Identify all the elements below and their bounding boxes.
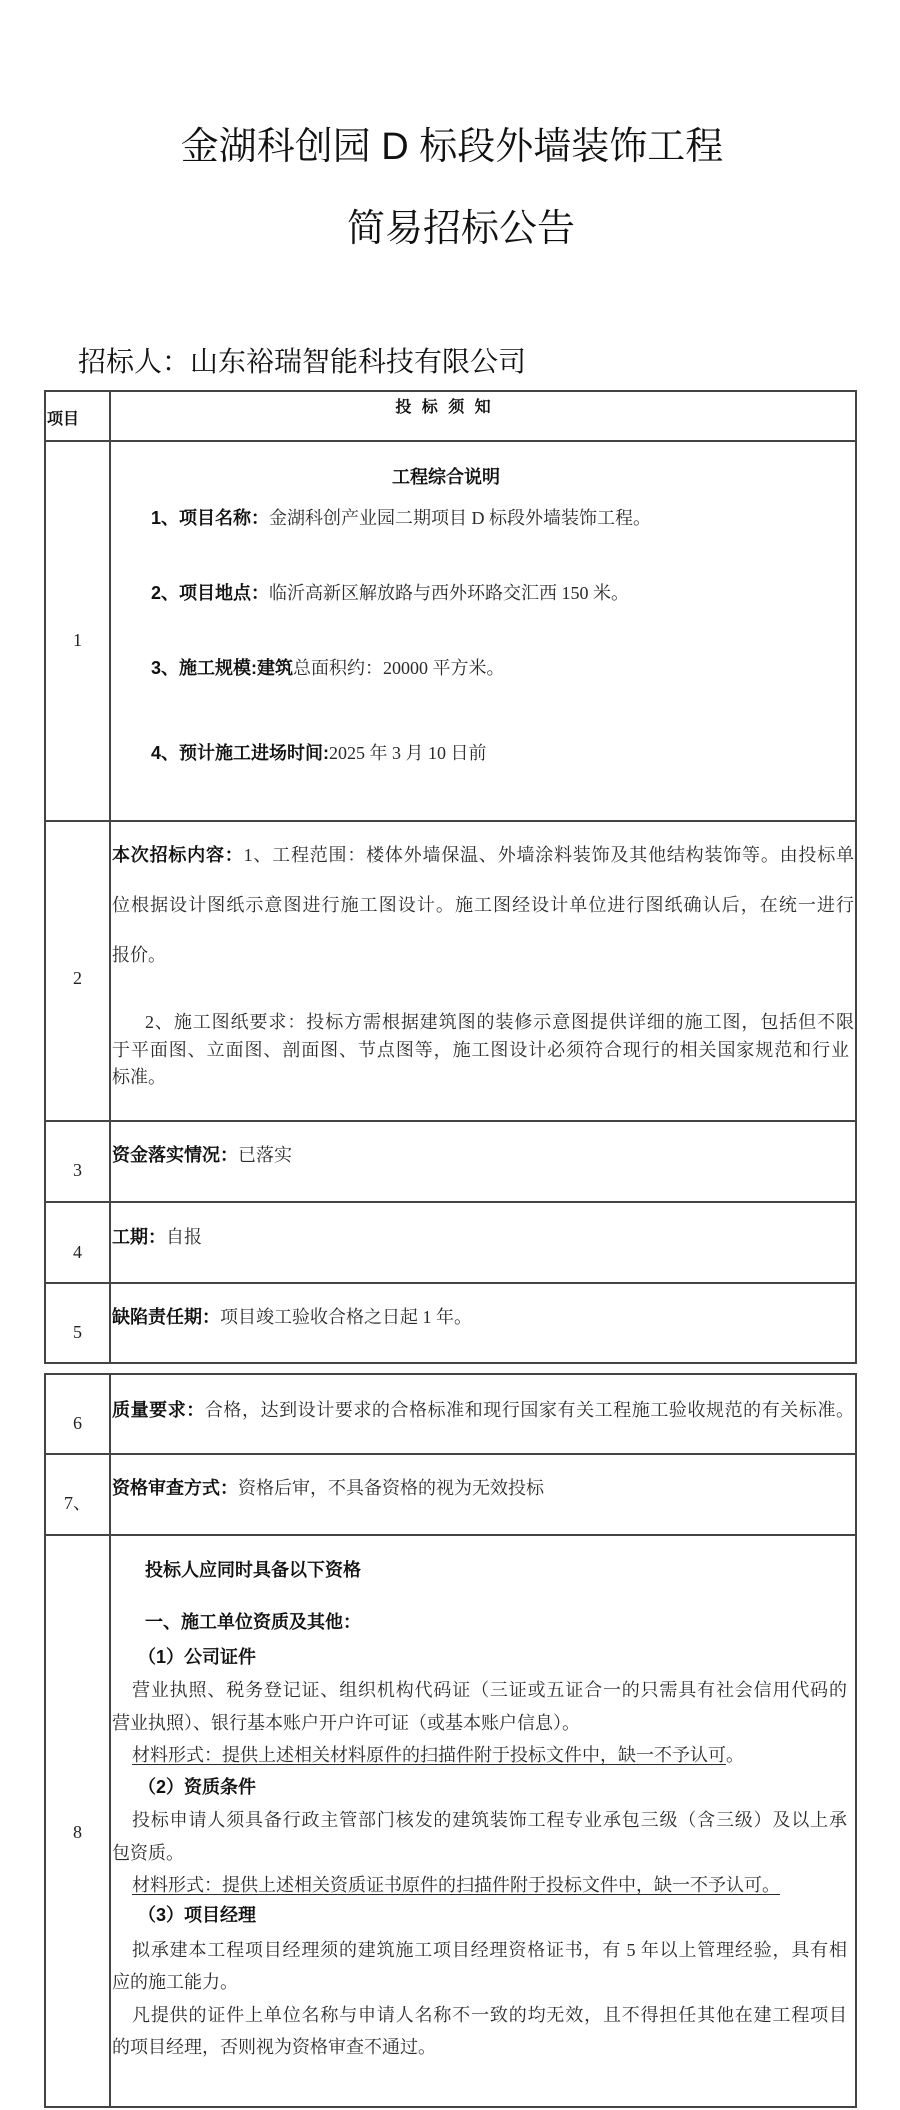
row-number-cell: 6 (46, 1375, 111, 1453)
item-value: 金湖科创产业园二期项目 D 标段外墙装饰工程。 (269, 508, 651, 528)
item-value: 资格后审，不具备资格的视为无效投标 (238, 1478, 544, 1498)
material-form-line: 材料形式：提供上述相关材料原件的扫描件附于投标文件中，缺一不予认可。 (132, 1743, 744, 1767)
drawing-requirement-line: 2、施工图纸要求：投标方需根据建筑图的装修示意图提供详细的施工图，包括但不限 (145, 1010, 854, 1034)
subsection-title-company-certificates: （1）公司证件 (138, 1645, 256, 1669)
project-name-line: 1、项目名称：金湖科创产业园二期项目 D 标段外墙装饰工程。 (151, 506, 651, 530)
item-value: 2025 年 3 月 10 日前 (329, 743, 487, 763)
row-number-cell: 7、 (46, 1455, 111, 1534)
row-content-cell: 缺陷责任期：项目竣工验收合格之日起 1 年。 (111, 1284, 855, 1362)
subsection-title-project-manager: （3）项目经理 (138, 1903, 256, 1927)
funding-status-line: 资金落实情况：已落实 (112, 1143, 292, 1167)
tender-notice-table: 项目 投 标 须 知 1 工程综合说明 1、项目名称：金湖科创产业园二期项目 D… (44, 390, 857, 1364)
body-line: 营业执照、税务登记证、组织机构代码证（三证或五证合一的只需具有社会信用代码的 (132, 1678, 847, 1702)
row-content-cell: 资金落实情况：已落实 (111, 1122, 855, 1201)
row-number: 5 (46, 1320, 109, 1344)
row-number: 6 (46, 1411, 109, 1435)
body-line: 凡提供的证件上单位名称与申请人名称不一致的均无效，且不得担任其他在建工程项目 (132, 2003, 847, 2027)
row-number: 7、 (46, 1491, 109, 1515)
duration-line: 工期：自报 (112, 1225, 202, 1249)
body-line: 拟承建本工程项目经理须的建筑施工项目经理资格证书，有 5 年以上管理经验，具有相 (132, 1938, 847, 1962)
table-row-7: 7、 资格审查方式：资格后审，不具备资格的视为无效投标 (46, 1455, 855, 1536)
quality-requirement-line: 质量要求：合格，达到设计要求的合格标准和现行国家有关工程施工验收规范的有关标准。 (112, 1398, 854, 1422)
item-value: 已落实 (238, 1145, 292, 1165)
row-content-cell: 投标人应同时具备以下资格 一、施工单位资质及其他： （1）公司证件 营业执照、税… (111, 1536, 855, 2106)
tender-notice-table-continued: 6 质量要求：合格，达到设计要求的合格标准和现行国家有关工程施工验收规范的有关标… (44, 1373, 857, 2108)
row-number: 8 (46, 1820, 109, 1844)
tenderer-name: 山东裕瑞智能科技有限公司 (190, 346, 526, 377)
item-label: 缺陷责任期： (112, 1307, 220, 1327)
table-row-1: 1 工程综合说明 1、项目名称：金湖科创产业园二期项目 D 标段外墙装饰工程。 … (46, 442, 855, 822)
document-subtitle: 简易招标公告 (11, 206, 900, 252)
section-title: 一、施工单位资质及其他： (145, 1610, 361, 1634)
table-row-6: 6 质量要求：合格，达到设计要求的合格标准和现行国家有关工程施工验收规范的有关标… (46, 1375, 855, 1455)
row-number-cell: 8 (46, 1536, 111, 2106)
drawing-requirement-line: 于平面图、立面图、剖面图、节点图等，施工图设计必须符合现行的相关国家规范和行业 (112, 1038, 849, 1062)
material-form-text: 材料形式：提供上述相关材料原件的扫描件附于投标文件中，缺一不予认可 (132, 1745, 726, 1765)
table-row-8: 8 投标人应同时具备以下资格 一、施工单位资质及其他： （1）公司证件 营业执照… (46, 1536, 855, 2106)
project-location-line: 2、项目地点：临沂高新区解放路与西外环路交汇西 150 米。 (151, 581, 629, 605)
header-notice-label: 投 标 须 知 (111, 397, 775, 419)
scope-line: 本次招标内容：1、工程范围：楼体外墙保温、外墙涂料装饰及其他结构装饰等。由投标单 (112, 843, 854, 867)
header-item-label: 项目 (47, 409, 79, 431)
body-line: 投标申请人须具备行政主管部门核发的建筑装饰工程专业承包三级（含三级）及以上承 (132, 1808, 847, 1832)
document-title: 金湖科创园 D 标段外墙装饰工程 (2, 124, 900, 170)
item-value: 总面积约：20000 平方米。 (293, 658, 505, 678)
item-value: 临沂高新区解放路与西外环路交汇西 150 米。 (269, 583, 629, 603)
item-value: 项目竣工验收合格之日起 1 年。 (220, 1307, 472, 1327)
body-line: 应的施工能力。 (112, 1970, 238, 1994)
item-label: 3、施工规模:建筑 (151, 658, 293, 678)
row-content-cell: 质量要求：合格，达到设计要求的合格标准和现行国家有关工程施工验收规范的有关标准。 (111, 1375, 855, 1453)
row-content-cell: 资格审查方式：资格后审，不具备资格的视为无效投标 (111, 1455, 855, 1534)
body-line: 的项目经理，否则视为资格审查不通过。 (112, 2035, 436, 2059)
item-label: 1、项目名称： (151, 508, 269, 528)
scope-line: 报价。 (112, 943, 166, 967)
item-label: 资金落实情况： (112, 1145, 238, 1165)
item-value: 合格，达到设计要求的合格标准和现行国家有关工程施工验收规范的有关标准。 (205, 1400, 854, 1420)
row-content-cell: 工程综合说明 1、项目名称：金湖科创产业园二期项目 D 标段外墙装饰工程。 2、… (111, 442, 855, 820)
project-overview-heading: 工程综合说明 (111, 465, 781, 489)
table-row-3: 3 资金落实情况：已落实 (46, 1122, 855, 1203)
item-label: 工期： (112, 1227, 166, 1247)
row-number: 4 (46, 1240, 109, 1264)
item-label: 资格审查方式： (112, 1478, 238, 1498)
item-label: 4、预计施工进场时间: (151, 743, 329, 763)
row-number-cell: 4 (46, 1203, 111, 1282)
header-notice-cell: 投 标 须 知 (111, 392, 855, 440)
row-number: 2 (46, 966, 109, 990)
row-content-cell: 本次招标内容：1、工程范围：楼体外墙保温、外墙涂料装饰及其他结构装饰等。由投标单… (111, 822, 855, 1120)
scope-label: 本次招标内容： (112, 845, 244, 865)
row-number-cell: 2 (46, 822, 111, 1120)
row-number: 1 (46, 628, 109, 652)
qualification-intro: 投标人应同时具备以下资格 (145, 1558, 361, 1582)
defect-liability-line: 缺陷责任期：项目竣工验收合格之日起 1 年。 (112, 1305, 472, 1329)
qualification-review-line: 资格审查方式：资格后审，不具备资格的视为无效投标 (112, 1476, 544, 1500)
row-number: 3 (46, 1158, 109, 1182)
row-number-cell: 5 (46, 1284, 111, 1362)
material-form-end: 。 (726, 1745, 744, 1765)
document-page: 金湖科创园 D 标段外墙装饰工程 简易招标公告 招标人：山东裕瑞智能科技有限公司… (0, 0, 900, 2110)
drawing-requirement-line: 标准。 (112, 1065, 166, 1089)
subsection-title-qualification: （2）资质条件 (138, 1775, 256, 1799)
start-date-line: 4、预计施工进场时间:2025 年 3 月 10 日前 (151, 741, 487, 765)
body-line: 营业执照）、银行基本账户开户许可证（或基本账户信息）。 (112, 1711, 580, 1735)
construction-scale-line: 3、施工规模:建筑总面积约：20000 平方米。 (151, 656, 505, 680)
tenderer-line: 招标人：山东裕瑞智能科技有限公司 (78, 345, 526, 379)
item-value: 自报 (166, 1227, 202, 1247)
material-form-text: 材料形式：提供上述相关资质证书原件的扫描件附于投标文件中，缺一不予认可。 (132, 1875, 780, 1895)
material-form-line: 材料形式：提供上述相关资质证书原件的扫描件附于投标文件中，缺一不予认可。 (132, 1873, 780, 1897)
table-header-row: 项目 投 标 须 知 (46, 392, 855, 442)
table-row-4: 4 工期：自报 (46, 1203, 855, 1284)
tenderer-label: 招标人： (78, 346, 190, 377)
item-label: 2、项目地点： (151, 583, 269, 603)
row-number-cell: 3 (46, 1122, 111, 1201)
table-row-5: 5 缺陷责任期：项目竣工验收合格之日起 1 年。 (46, 1284, 855, 1362)
row-content-cell: 工期：自报 (111, 1203, 855, 1282)
scope-line: 位根据设计图纸示意图进行施工图设计。施工图经设计单位进行图纸确认后，在统一进行 (112, 893, 854, 917)
row-number-cell: 1 (46, 442, 111, 820)
table-row-2: 2 本次招标内容：1、工程范围：楼体外墙保温、外墙涂料装饰及其他结构装饰等。由投… (46, 822, 855, 1122)
header-item-cell: 项目 (46, 392, 111, 440)
body-line: 包资质。 (112, 1841, 184, 1865)
item-label: 质量要求： (112, 1400, 205, 1420)
scope-text: 1、工程范围：楼体外墙保温、外墙涂料装饰及其他结构装饰等。由投标单 (244, 845, 854, 865)
